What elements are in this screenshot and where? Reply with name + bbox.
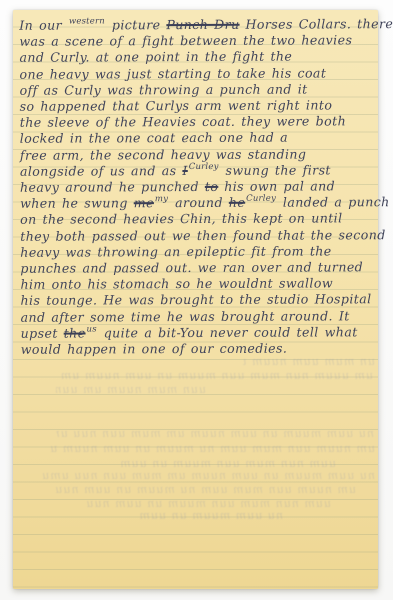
handwriting-text: was a scene of a fight between the two h… bbox=[19, 33, 352, 49]
handwriting-line: heavy was throwing an epileptic fit from… bbox=[20, 243, 373, 261]
handwriting-text: locked in the one coat each one had a bbox=[20, 130, 288, 146]
handwriting-line: heavy around he punched to his own pal a… bbox=[20, 178, 373, 196]
bleed-through-line: um uuum nun mum uun muum un uum nuum umu… bbox=[61, 370, 373, 382]
handwriting-text: the sleeve of the Heavies coat. they wer… bbox=[20, 114, 346, 130]
struck-word: to bbox=[205, 179, 219, 194]
handwriting-line: upset theus quite a bit-You never could … bbox=[21, 324, 374, 342]
handwriting-text: his own pal and bbox=[218, 178, 335, 194]
bleed-through-line: nu uum muum un uum nuum um mum uun nuu u… bbox=[56, 428, 374, 440]
handwriting-text: punches and passed out. we ran over and … bbox=[20, 259, 363, 275]
handwriting-text: free arm, the second heavy was standing bbox=[20, 146, 307, 162]
bleed-through-line: um nuum uun mum uum nu muum un uum nuu bbox=[56, 484, 356, 496]
handwriting-line: the sleeve of the Heavies coat. they wer… bbox=[20, 113, 373, 131]
bleed-through-line: un mum uum nuum um bbox=[243, 356, 375, 368]
handwriting-line: off as Curly was throwing a punch and it bbox=[20, 81, 373, 99]
handwriting-text: alongside of us and as bbox=[20, 163, 183, 179]
bleed-through-line: um nuum uun mum uum nu muum un uum nuum … bbox=[51, 443, 375, 455]
handwriting-text: his tounge. He was brought to the studio… bbox=[20, 292, 371, 309]
handwriting-line: so happened that Curlys arm went right i… bbox=[20, 97, 373, 115]
handwriting-text: off as Curly was throwing a punch and it bbox=[20, 81, 308, 97]
bleed-through-line: nu uum muum un uum bbox=[111, 510, 283, 522]
handwriting-line: one heavy was just starting to take his … bbox=[19, 65, 372, 83]
handwriting-line: him onto his stomach so he wouldnt swall… bbox=[20, 275, 373, 293]
handwriting-line: free arm, the second heavy was standing bbox=[20, 146, 373, 164]
struck-word: me bbox=[134, 195, 154, 210]
inserted-word: my bbox=[155, 195, 168, 203]
handwriting-text: swung the first bbox=[220, 162, 331, 177]
bleed-through-line: uun mum nuum um uum bbox=[56, 384, 206, 396]
handwriting-text: In our bbox=[19, 18, 68, 33]
bleed-through-line: uum nun mum uun muum un uum bbox=[96, 458, 336, 470]
handwriting-text: heavy around he punched bbox=[20, 179, 205, 195]
handwriting-text: one heavy was just starting to take his … bbox=[19, 65, 326, 81]
handwriting-text: they both passed out we then found that … bbox=[20, 227, 385, 244]
struck-word: Punch Dru bbox=[166, 17, 239, 32]
handwritten-text-block: In our western picture Punch Dru Horses … bbox=[19, 16, 373, 358]
struck-word: the bbox=[64, 325, 86, 340]
handwriting-line: locked in the one coat each one had a bbox=[20, 130, 373, 148]
handwriting-text: landed a punch bbox=[277, 194, 390, 209]
handwriting-text: would happen in one of our comedies. bbox=[21, 341, 288, 357]
inserted-word: western bbox=[69, 17, 105, 25]
handwriting-line: when he swung memy around heCurley lande… bbox=[20, 194, 373, 212]
handwriting-line: they both passed out we then found that … bbox=[20, 227, 373, 245]
inserted-word: us bbox=[86, 325, 96, 333]
handwriting-text: so happened that Curlys arm went right i… bbox=[20, 97, 333, 113]
struck-word: I bbox=[182, 163, 187, 178]
handwriting-text: him onto his stomach so he wouldnt swall… bbox=[20, 276, 333, 292]
handwriting-line: alongside of us and as ICurley swung the… bbox=[20, 162, 373, 180]
handwriting-text: heavy was throwing an epileptic fit from… bbox=[20, 243, 331, 259]
scan-background: un mum uum nuum umum uuum nun mum uun mu… bbox=[0, 0, 393, 600]
bleed-through-line: nu uum muum un uum nuum um mum uun nuu u… bbox=[41, 470, 375, 482]
handwriting-line: on the second heavies Chin, this kept on… bbox=[20, 211, 373, 229]
struck-word: he bbox=[229, 195, 245, 210]
handwriting-text: on the second heavies Chin, this kept on… bbox=[20, 211, 342, 227]
handwriting-text: and after some time he was brought aroun… bbox=[21, 308, 350, 324]
handwriting-text: Horses Collars. there bbox=[240, 16, 393, 32]
handwriting-line: In our western picture Punch Dru Horses … bbox=[19, 16, 372, 34]
handwriting-text: around bbox=[169, 195, 229, 210]
handwriting-line: would happen in one of our comedies. bbox=[21, 340, 374, 358]
notepad-paper: un mum uum nuum umum uuum nun mum uun mu… bbox=[13, 10, 378, 589]
handwriting-line: punches and passed out. we ran over and … bbox=[20, 259, 373, 277]
handwriting-line: and after some time he was brought aroun… bbox=[21, 308, 374, 326]
handwriting-line: his tounge. He was brought to the studio… bbox=[20, 292, 373, 310]
handwriting-text: upset bbox=[21, 325, 64, 340]
handwriting-text: picture bbox=[106, 17, 166, 32]
handwriting-text: when he swung bbox=[20, 196, 134, 211]
handwriting-line: was a scene of a fight between the two h… bbox=[19, 32, 372, 50]
bleed-through-line: uum nun mum uun muum un uum nuu bbox=[71, 498, 331, 510]
inserted-word: Curley bbox=[246, 195, 276, 203]
inserted-word: Curley bbox=[189, 163, 219, 171]
handwriting-text: and Curly. at one point in the fight the bbox=[19, 49, 292, 65]
handwriting-text: quite a bit-You never could tell what bbox=[98, 324, 358, 340]
handwriting-line: and Curly. at one point in the fight the bbox=[19, 49, 372, 67]
